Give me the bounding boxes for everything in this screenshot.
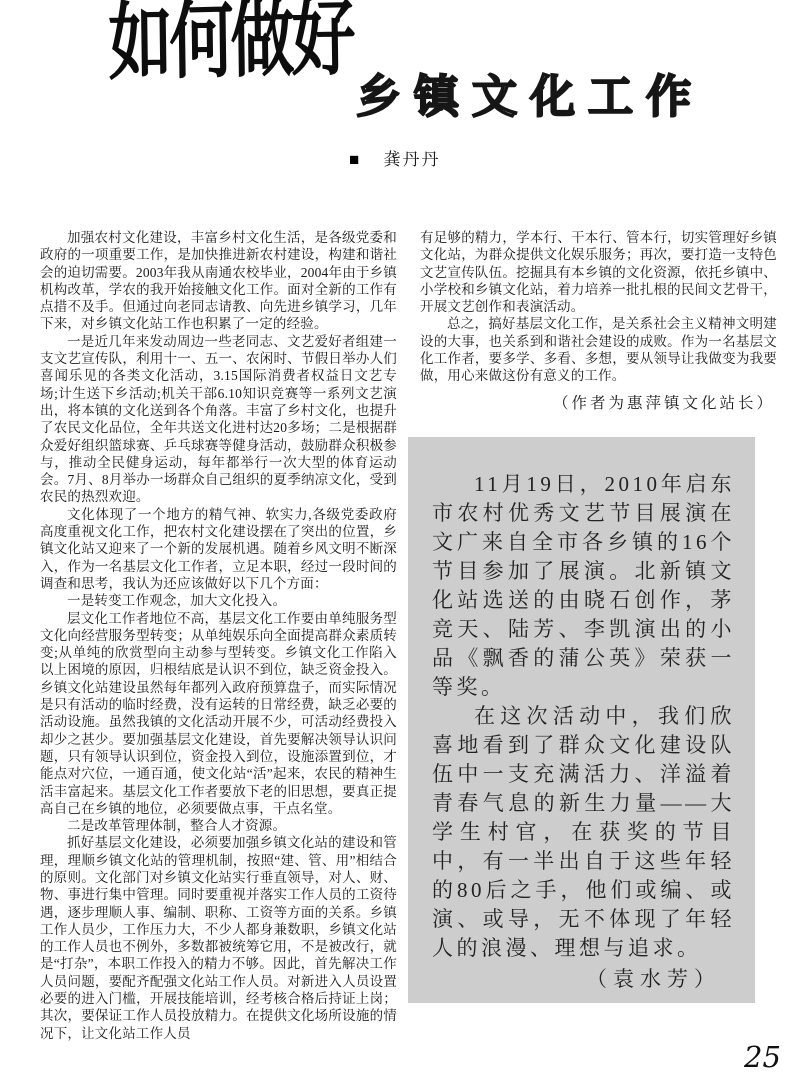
author-line: ■ 龚丹丹 xyxy=(349,145,441,170)
paragraph: 抓好基层文化建设，必须要加强乡镇文化站的建设和管理，理顺乡镇文化站的管理机制，按… xyxy=(40,834,397,1042)
sidebar-attribution: （袁水芳） xyxy=(432,965,735,994)
sidebar-paragraph: 11月19日，2010年启东市农村优秀文艺节目展演在文广来自全市各乡镇的16个节… xyxy=(432,470,735,702)
magazine-page: 如何做好 乡镇文化工作 ■ 龚丹丹 加强农村文化建设，丰富乡村文化生活，是各级党… xyxy=(0,0,800,1086)
sidebar-paragraph: 在这次活动中，我们欣喜地看到了群众文化建设队伍中一支充满活力、洋溢着青春气息的新… xyxy=(432,702,735,963)
article-subtitle-outline: 乡镇文化工作 xyxy=(356,74,704,119)
author-square-icon: ■ xyxy=(349,150,361,170)
paragraph: 文化体现了一个地方的精气神、软实力,各级党委政府高度重视文化工作，把农村文化建设… xyxy=(40,506,397,592)
paragraph: 层文化工作者地位不高，基层文化工作要由单纯服务型文化向经营服务型转变；从单纯娱乐… xyxy=(40,610,397,818)
page-number: 25 xyxy=(744,1040,781,1074)
paragraph: 一是近几年来发动周边一些老同志、文艺爱好者组建一支文艺宣传队，利用十一、五一、农… xyxy=(40,333,397,506)
right-column: 有足够的精力，学本行、干本行、管本行，切实管理好乡镇文化站，为群众提供文化娱乐服… xyxy=(420,229,777,412)
sidebar-news-box: 11月19日，2010年启东市农村优秀文艺节目展演在文广来自全市各乡镇的16个节… xyxy=(408,437,755,1003)
paragraph: 总之，搞好基层文化工作，是关系社会主义精神文明建设的大事，也关系到和谐社会建设的… xyxy=(420,315,777,384)
section-heading: 二是改革管理体制，整合人才资源。 xyxy=(40,817,397,834)
section-heading: 一是转变工作观念，加大文化投入。 xyxy=(40,592,397,609)
author-attribution: （作者为惠萍镇文化站长） xyxy=(420,395,777,412)
article-title-calligraphy: 如何做好 xyxy=(108,0,353,86)
paragraph: 有足够的精力，学本行、干本行、管本行，切实管理好乡镇文化站，为群众提供文化娱乐服… xyxy=(420,229,777,315)
left-column: 加强农村文化建设，丰富乡村文化生活，是各级党委和政府的一项重要工作，是加快推进新… xyxy=(40,229,397,1042)
author-name: 龚丹丹 xyxy=(384,150,441,169)
paragraph: 加强农村文化建设，丰富乡村文化生活，是各级党委和政府的一项重要工作，是加快推进新… xyxy=(40,229,397,333)
